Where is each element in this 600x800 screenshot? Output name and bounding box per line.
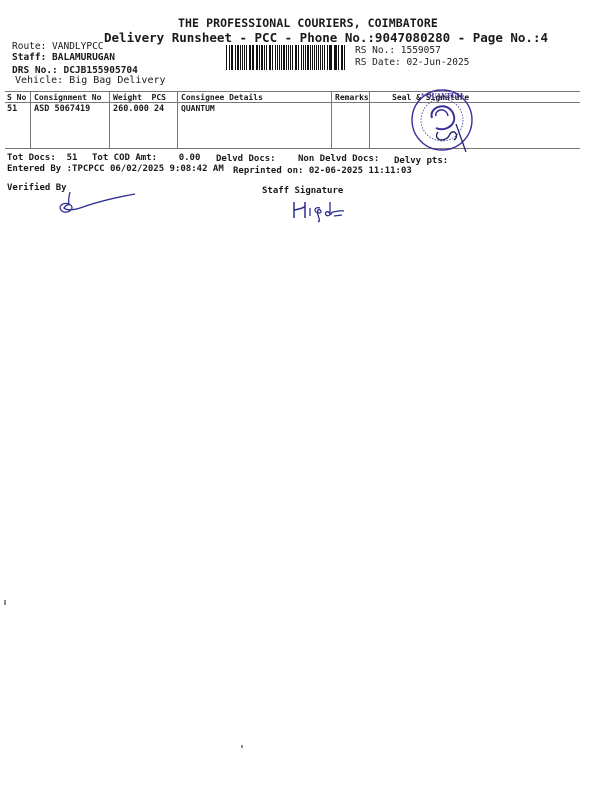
col-divider: [331, 91, 332, 149]
barcode-bar: [269, 45, 270, 70]
rs-date: RS Date: 02-Jun-2025: [355, 57, 469, 68]
barcode-bar: [264, 45, 265, 70]
barcode-bar: [329, 45, 330, 70]
barcode-bar: [261, 45, 263, 70]
barcode-bar: [259, 45, 260, 70]
barcode-bar: [226, 45, 227, 70]
barcode-bar: [229, 45, 230, 70]
barcode: [226, 45, 347, 70]
barcode-bar: [279, 45, 280, 70]
header-consignee: Consignee Details: [181, 93, 263, 102]
barcode-bar: [295, 45, 296, 70]
barcode-bar: [240, 45, 241, 70]
col-divider: [177, 91, 178, 149]
scan-speck: [4, 600, 6, 605]
barcode-bar: [318, 45, 319, 70]
barcode-bar: [266, 45, 267, 70]
barcode-bar: [272, 45, 273, 70]
barcode-bar: [327, 45, 328, 70]
staff-signature: [290, 198, 346, 224]
barcode-bar: [314, 45, 315, 70]
barcode-bar: [320, 45, 321, 70]
company-seal-stamp: * QUANTUM: [410, 88, 474, 152]
table-header-rule: [5, 102, 580, 103]
company-title: THE PROFESSIONAL COURIERS, COIMBATORE: [178, 16, 438, 30]
barcode-bar: [288, 45, 289, 70]
cell-weight-pcs: 260.000 24: [113, 104, 164, 114]
col-divider: [369, 91, 370, 149]
table-bottom-rule: [5, 148, 580, 149]
barcode-bar: [256, 45, 257, 70]
vehicle-label: Vehicle: Big Bag Delivery: [15, 75, 166, 86]
barcode-bar: [292, 45, 293, 70]
verified-by-signature: [55, 190, 140, 218]
col-divider: [109, 91, 110, 149]
barcode-bar: [342, 45, 343, 70]
col-divider: [30, 91, 31, 149]
barcode-bar: [305, 45, 306, 70]
svg-text:* QUANTUM: * QUANTUM: [421, 93, 463, 100]
barcode-bar: [246, 45, 247, 70]
barcode-bar: [296, 45, 297, 70]
barcode-bar: [237, 45, 239, 70]
barcode-bar: [322, 45, 323, 70]
barcode-bar: [303, 45, 304, 70]
header-weight-pcs: Weight PCS: [113, 93, 166, 102]
cell-sno: 51: [7, 104, 17, 114]
header-consignment: Consignment No: [34, 93, 101, 102]
cell-consignment: ASD 5067419: [34, 104, 90, 114]
barcode-bar: [290, 45, 291, 70]
delivered-docs: Delvd Docs:: [216, 154, 276, 164]
barcode-bar: [335, 45, 337, 70]
scan-speck: [241, 745, 243, 748]
runsheet-subtitle: Delivery Runsheet - PCC - Phone No.:9047…: [104, 30, 548, 45]
barcode-bar: [307, 45, 309, 70]
total-docs: Tot Docs: 51: [7, 153, 77, 163]
barcode-bar: [231, 45, 232, 70]
staff-signature-label: Staff Signature: [262, 186, 343, 196]
non-delivered-docs: Non Delvd Docs:: [298, 154, 379, 164]
rs-number: RS No.: 1559057: [355, 45, 441, 56]
barcode-bar: [301, 45, 302, 70]
barcode-bar: [286, 45, 287, 70]
table-top-rule: [5, 91, 580, 92]
barcode-bar: [298, 45, 299, 70]
barcode-bar: [316, 45, 317, 70]
barcode-bar: [242, 45, 243, 70]
barcode-bar: [312, 45, 313, 70]
runsheet-table: S No Consignment No Weight PCS Consignee…: [5, 91, 580, 149]
barcode-bar: [281, 45, 282, 70]
header-remarks: Remarks: [335, 93, 369, 102]
barcode-bar: [338, 45, 339, 70]
barcode-bar: [252, 45, 253, 70]
cell-consignee: QUANTUM: [181, 104, 215, 113]
barcode-bar: [283, 45, 285, 70]
barcode-bar: [257, 45, 258, 70]
barcode-bar: [250, 45, 251, 70]
barcode-bar: [334, 45, 335, 70]
barcode-bar: [277, 45, 278, 70]
barcode-bar: [344, 45, 345, 70]
delivery-points: Delvy pts:: [394, 156, 448, 166]
barcode-bar: [310, 45, 311, 70]
barcode-bar: [249, 45, 250, 70]
barcode-bar: [341, 45, 342, 70]
header-sno: S No: [7, 93, 26, 102]
route-label: Route: VANDLYPCC: [12, 41, 104, 52]
barcode-bar: [244, 45, 245, 70]
barcode-bar: [232, 45, 233, 70]
barcode-bar: [330, 45, 331, 70]
barcode-bar: [324, 45, 325, 70]
reprinted-on: Reprinted on: 02-06-2025 11:11:03: [233, 166, 412, 176]
barcode-bar: [235, 45, 236, 70]
barcode-bar: [275, 45, 276, 70]
entered-by: Entered By :TPCPCC 06/02/2025 9:08:42 AM: [7, 164, 224, 174]
barcode-bar: [270, 45, 271, 70]
total-cod-amount: Tot COD Amt: 0.00: [92, 153, 200, 163]
staff-label: Staff: BALAMURUGAN: [12, 52, 115, 63]
